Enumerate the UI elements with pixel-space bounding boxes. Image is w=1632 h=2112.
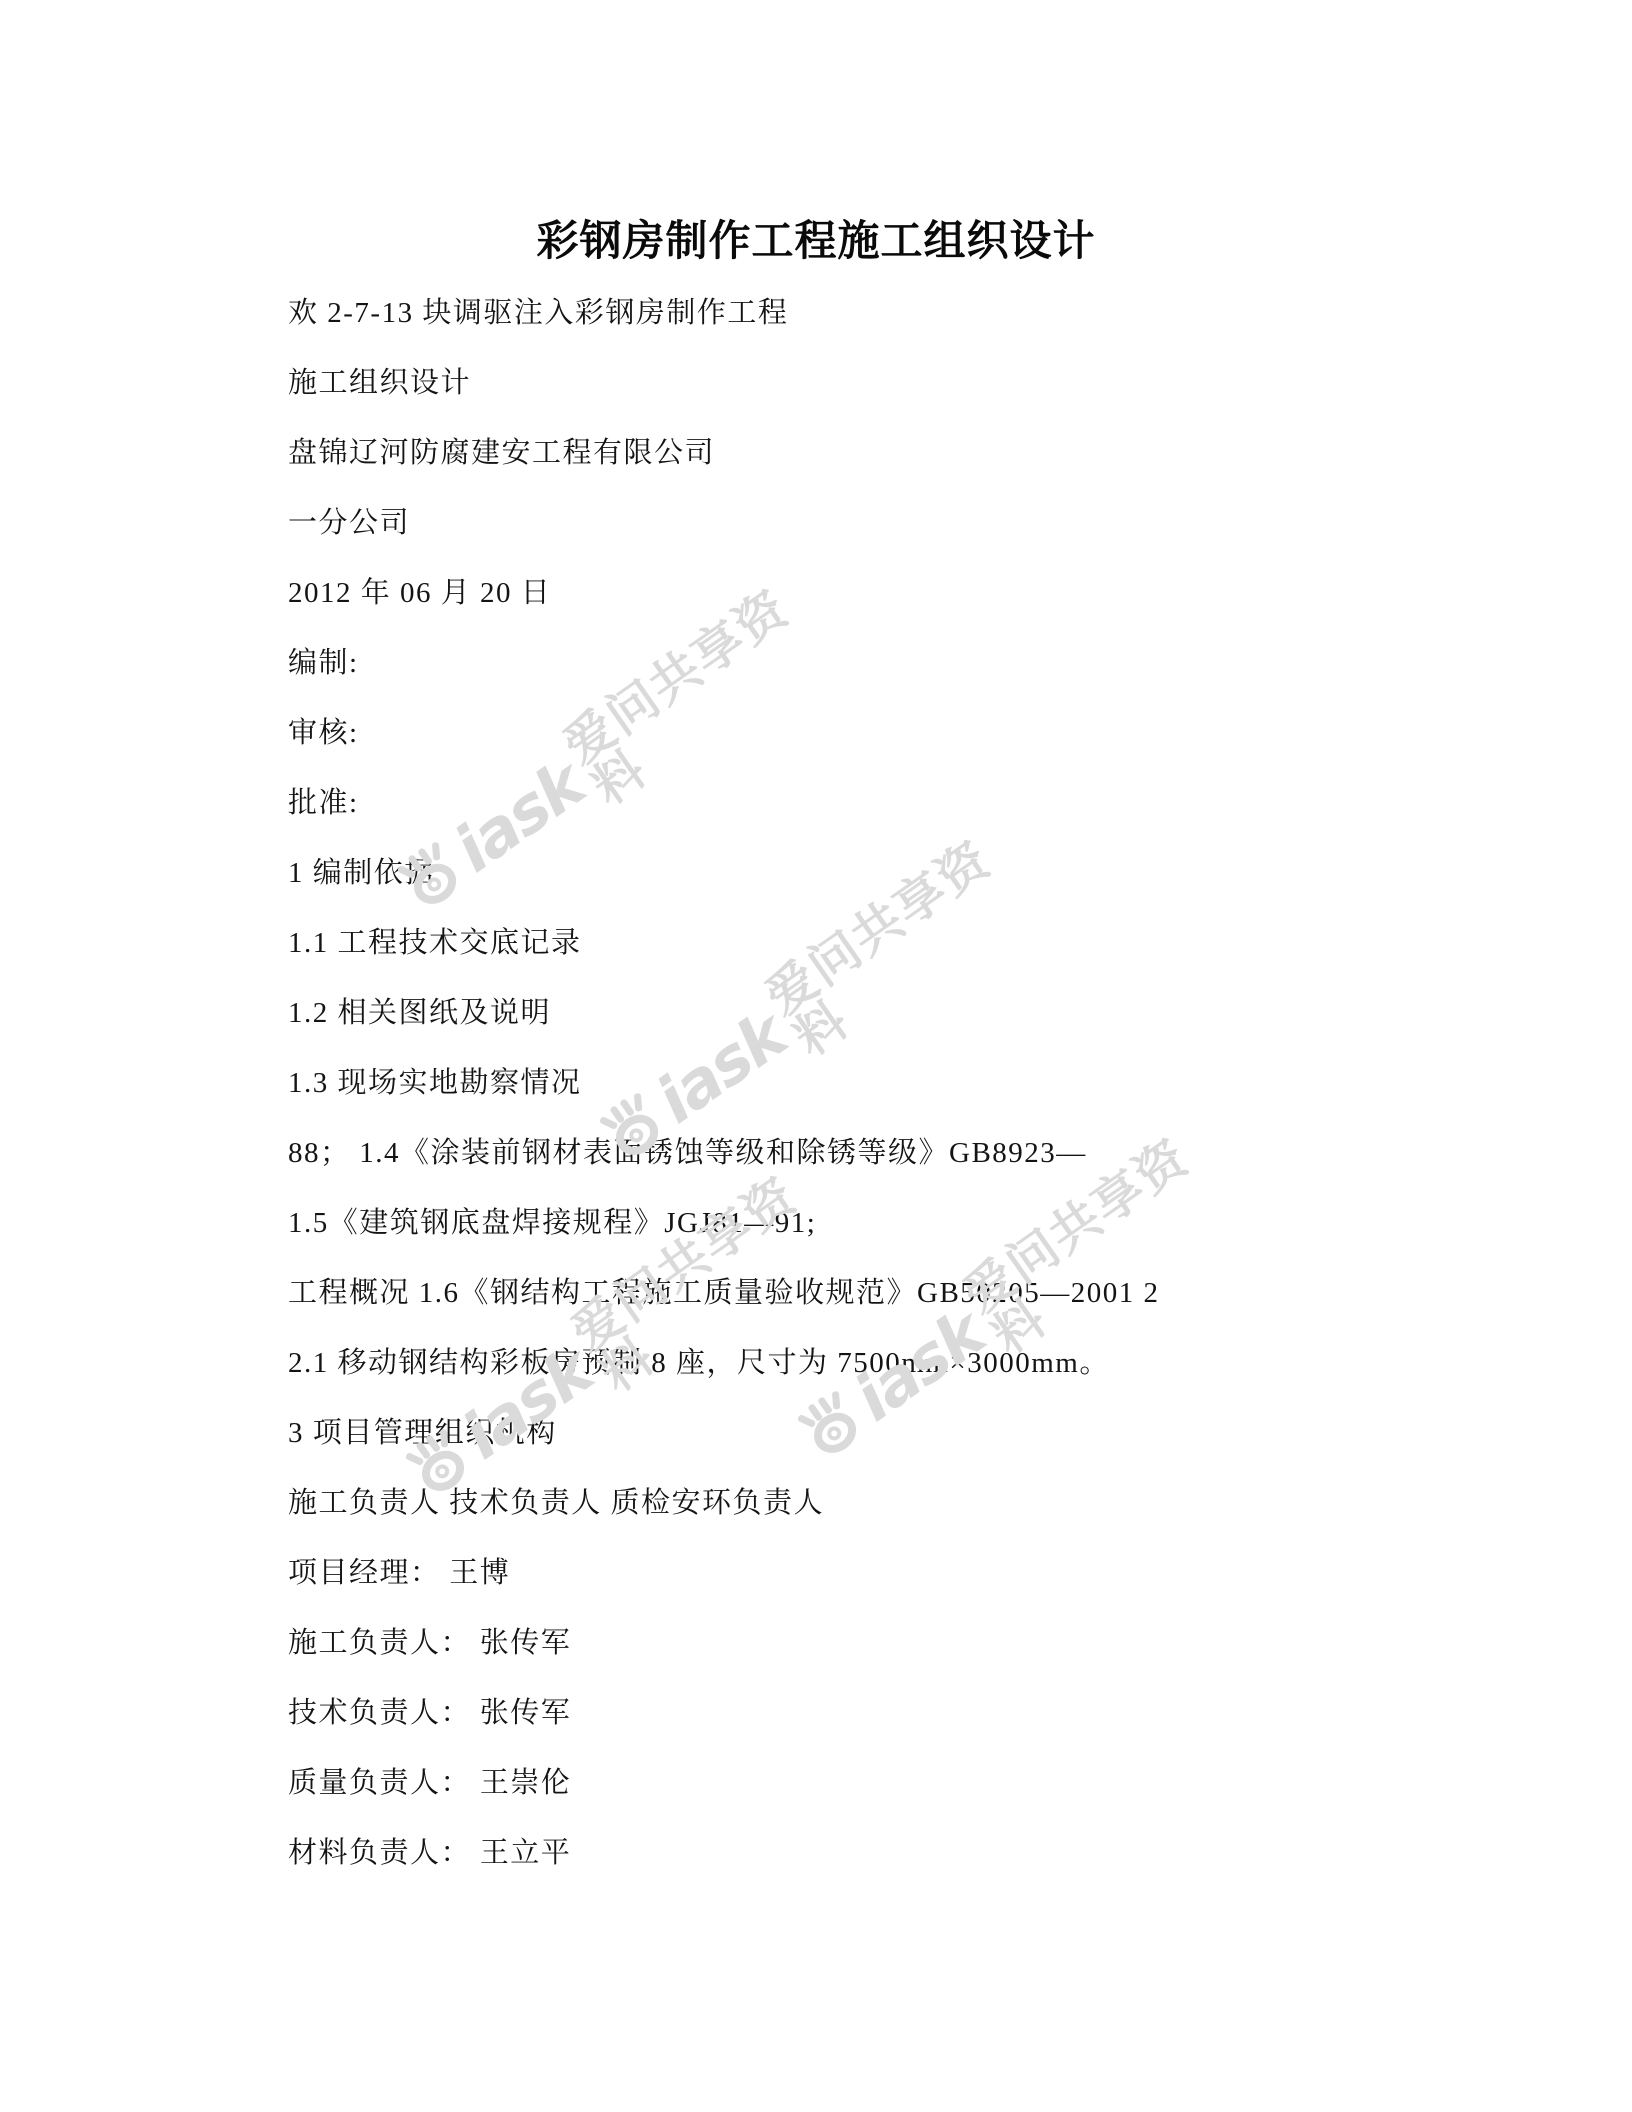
list-item: 1.1 工程技术交底记录: [288, 908, 1388, 978]
subtitle-line: 施工组织设计: [288, 348, 1388, 418]
project-name-line: 欢 2-7-13 块调驱注入彩钢房制作工程: [288, 278, 1388, 348]
project-manager-line: 项目经理： 王博: [288, 1538, 1388, 1608]
org-chart-roles-line: 施工负责人 技术负责人 质检安环负责人: [288, 1468, 1388, 1538]
technical-lead-line: 技术负责人： 张传军: [288, 1678, 1388, 1748]
list-item: 1.5《建筑钢底盘焊接规程》JGJ81—91;: [288, 1188, 1388, 1258]
approved-by-line: 批准:: [288, 768, 1388, 838]
project-overview-line: 2.1 移动钢结构彩板房预制 8 座，尺寸为 7500mm×3000mm。: [288, 1328, 1388, 1398]
list-item: 88； 1.4《涂装前钢材表面锈蚀等级和除锈等级》GB8923—: [288, 1118, 1388, 1188]
document-page: 彩钢房制作工程施工组织设计 欢 2-7-13 块调驱注入彩钢房制作工程 施工组织…: [0, 0, 1632, 2112]
construction-lead-line: 施工负责人： 张传军: [288, 1608, 1388, 1678]
list-item: 工程概况 1.6《钢结构工程施工质量验收规范》GB50205—2001 2: [288, 1258, 1388, 1328]
materials-lead-line: 材料负责人： 王立平: [288, 1818, 1388, 1888]
date-line: 2012 年 06 月 20 日: [288, 558, 1388, 628]
section-heading-1: 1 编制依据: [288, 838, 1388, 908]
branch-line: 一分公司: [288, 488, 1388, 558]
company-line: 盘锦辽河防腐建安工程有限公司: [288, 418, 1388, 488]
list-item: 1.3 现场实地勘察情况: [288, 1048, 1388, 1118]
prepared-by-line: 编制:: [288, 628, 1388, 698]
section-heading-3: 3 项目管理组织机构: [288, 1398, 1388, 1468]
quality-lead-line: 质量负责人： 王崇伦: [288, 1748, 1388, 1818]
list-item: 1.2 相关图纸及说明: [288, 978, 1388, 1048]
reviewed-by-line: 审核:: [288, 698, 1388, 768]
document-title: 彩钢房制作工程施工组织设计: [0, 214, 1632, 270]
document-body: 欢 2-7-13 块调驱注入彩钢房制作工程 施工组织设计 盘锦辽河防腐建安工程有…: [288, 278, 1388, 1888]
